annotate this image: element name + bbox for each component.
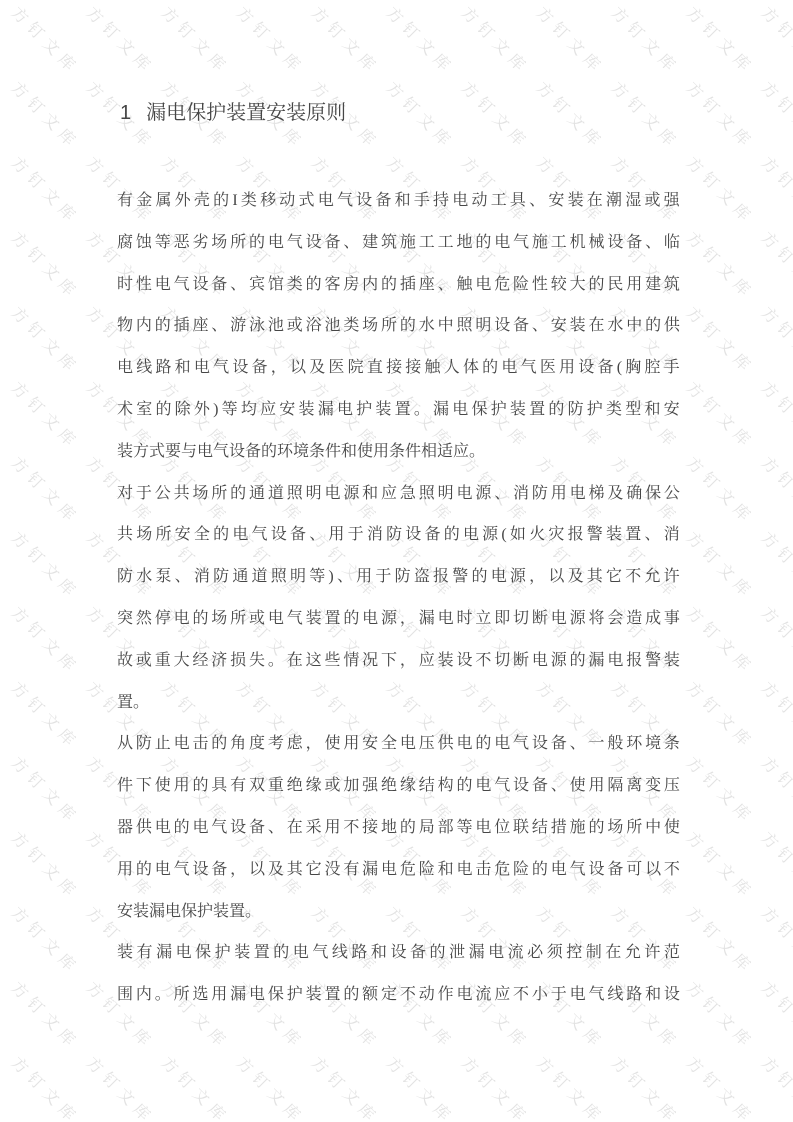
text-line: 物内的插座、游泳池或浴池类场所的水中照明设备、安装在水中的供 [117,305,680,347]
document-body: 有金属外壳的I类移动式电气设备和手持电动工具、安装在潮湿或强腐蚀等恶劣场所的电气… [117,180,680,1016]
watermark-text: 方钉文库 [608,5,682,79]
document-title: 1漏电保护装置安装原则 [120,100,346,126]
watermark-text: 方钉文库 [758,905,793,979]
watermark-text: 方钉文库 [758,230,793,304]
watermark-text: 方钉文库 [758,455,793,529]
watermark-text: 方钉文库 [683,305,757,379]
watermark-text: 方钉文库 [533,5,607,79]
watermark-text: 方钉文库 [758,80,793,154]
watermark-text: 方钉文库 [383,80,457,154]
watermark-text: 方钉文库 [758,305,793,379]
watermark-text: 方钉文库 [233,5,307,79]
watermark-text: 方钉文库 [8,80,82,154]
watermark-text: 方钉文库 [8,230,82,304]
watermark-text: 方钉文库 [458,80,532,154]
text-line: 置。 [117,682,680,724]
watermark-text: 方钉文库 [758,155,793,229]
watermark-text: 方钉文库 [683,5,757,79]
watermark-text: 方钉文库 [8,455,82,529]
text-line: 装方式要与电气设备的环境条件和使用条件相适应。 [117,431,680,473]
watermark-text: 方钉文库 [8,5,82,79]
watermark-text: 方钉文库 [8,830,82,904]
text-line: 防水泵、消防通道照明等)、用于防盗报警的电源，以及其它不允许 [117,556,680,598]
watermark-text: 方钉文库 [83,1055,157,1122]
watermark-text: 方钉文库 [158,5,232,79]
watermark-text: 方钉文库 [383,5,457,79]
text-line: 故或重大经济损失。在这些情况下，应装设不切断电源的漏电报警装 [117,640,680,682]
watermark-text: 方钉文库 [8,380,82,454]
watermark-text: 方钉文库 [8,530,82,604]
text-line: 有金属外壳的I类移动式电气设备和手持电动工具、安装在潮湿或强 [117,180,680,222]
watermark-text: 方钉文库 [758,830,793,904]
paragraph: 装有漏电保护装置的电气线路和设备的泄漏电流必须控制在允许范围内。所选用漏电保护装… [117,932,680,1016]
watermark-text: 方钉文库 [683,905,757,979]
watermark-text: 方钉文库 [8,905,82,979]
paragraph: 从防止电击的角度考虑，使用安全电压供电的电气设备、一般环境条件下使用的具有双重绝… [117,723,680,932]
watermark-text: 方钉文库 [8,680,82,754]
text-line: 突然停电的场所或电气装置的电源，漏电时立即切断电源将会造成事 [117,598,680,640]
watermark-text: 方钉文库 [758,605,793,679]
watermark-text: 方钉文库 [458,1055,532,1122]
watermark-text: 方钉文库 [8,980,82,1054]
watermark-text: 方钉文库 [608,80,682,154]
watermark-text: 方钉文库 [8,755,82,829]
watermark-text: 方钉文库 [8,155,82,229]
text-line: 围内。所选用漏电保护装置的额定不动作电流应不小于电气线路和设 [117,974,680,1016]
paragraph: 对于公共场所的通道照明电源和应急照明电源、消防用电梯及确保公共场所安全的电气设备… [117,473,680,724]
watermark-text: 方钉文库 [83,5,157,79]
watermark-text: 方钉文库 [683,1055,757,1122]
text-line: 器供电的电气设备、在采用不接地的局部等电位联结措施的场所中使 [117,807,680,849]
watermark-text: 方钉文库 [8,1055,82,1122]
watermark-text: 方钉文库 [608,1055,682,1122]
text-line: 术室的除外)等均应安装漏电护装置。漏电保护装置的防护类型和安 [117,389,680,431]
heading-text: 漏电保护装置安装原则 [146,102,346,124]
watermark-text: 方钉文库 [533,80,607,154]
watermark-text: 方钉文库 [683,80,757,154]
text-line: 共场所安全的电气设备、用于消防设备的电源(如火灾报警装置、消 [117,514,680,556]
text-line: 从防止电击的角度考虑，使用安全电压供电的电气设备、一般环境条 [117,723,680,765]
watermark-text: 方钉文库 [683,155,757,229]
watermark-text: 方钉文库 [758,680,793,754]
watermark-text: 方钉文库 [758,530,793,604]
text-line: 电线路和电气设备，以及医院直接接触人体的电气医用设备(胸腔手 [117,347,680,389]
watermark-text: 方钉文库 [758,5,793,79]
watermark-text: 方钉文库 [383,1055,457,1122]
watermark-text: 方钉文库 [683,530,757,604]
watermark-text: 方钉文库 [458,5,532,79]
paragraph: 有金属外壳的I类移动式电气设备和手持电动工具、安装在潮湿或强腐蚀等恶劣场所的电气… [117,180,680,473]
watermark-text: 方钉文库 [533,1055,607,1122]
watermark-text: 方钉文库 [683,755,757,829]
watermark-text: 方钉文库 [233,1055,307,1122]
watermark-text: 方钉文库 [683,680,757,754]
watermark-text: 方钉文库 [8,605,82,679]
watermark-text: 方钉文库 [758,1055,793,1122]
watermark-text: 方钉文库 [683,980,757,1054]
text-line: 装有漏电保护装置的电气线路和设备的泄漏电流必须控制在允许范 [117,932,680,974]
text-line: 件下使用的具有双重绝缘或加强绝缘结构的电气设备、使用隔离变压 [117,765,680,807]
watermark-text: 方钉文库 [683,455,757,529]
watermark-text: 方钉文库 [683,380,757,454]
text-line: 时性电气设备、宾馆类的客房内的插座、触电危险性较大的民用建筑 [117,264,680,306]
watermark-text: 方钉文库 [683,230,757,304]
watermark-text: 方钉文库 [683,605,757,679]
document-page: 方钉文库方钉文库方钉文库方钉文库方钉文库方钉文库方钉文库方钉文库方钉文库方钉文库… [0,0,793,1122]
watermark-text: 方钉文库 [758,755,793,829]
watermark-text: 方钉文库 [758,380,793,454]
watermark-text: 方钉文库 [308,1055,382,1122]
text-line: 腐蚀等恶劣场所的电气设备、建筑施工工地的电气施工机械设备、临 [117,222,680,264]
watermark-text: 方钉文库 [308,5,382,79]
heading-number: 1 [120,102,131,124]
text-line: 对于公共场所的通道照明电源和应急照明电源、消防用电梯及确保公 [117,473,680,515]
text-line: 用的电气设备，以及其它没有漏电危险和电击危险的电气设备可以不 [117,849,680,891]
text-line: 安装漏电保护装置。 [117,891,680,933]
watermark-text: 方钉文库 [758,980,793,1054]
watermark-text: 方钉文库 [8,305,82,379]
watermark-text: 方钉文库 [158,1055,232,1122]
watermark-text: 方钉文库 [683,830,757,904]
